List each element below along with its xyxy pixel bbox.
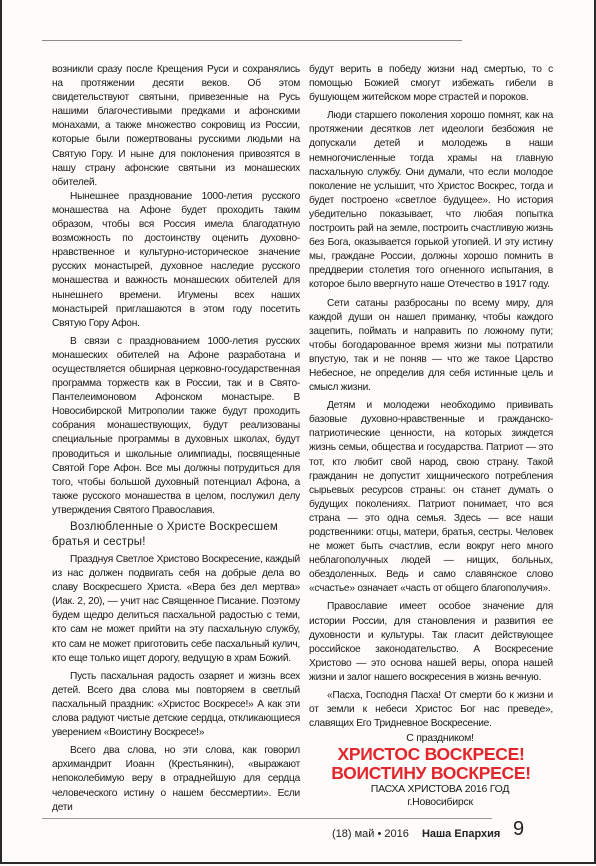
- paragraph: Детям и молодежи необходимо прививать ба…: [309, 399, 553, 596]
- paragraph: Сети сатаны разбросаны по всему миру, дл…: [309, 297, 553, 396]
- paragraph: Православие имеет особое значение для ис…: [309, 600, 553, 685]
- right-column: будут верить в победу жизни над смертью,…: [309, 63, 553, 809]
- paragraph: Пусть пасхальная радость озаряет и жизнь…: [52, 670, 300, 740]
- paragraph: «Пасха, Господня Пасха! От смерти бо к ж…: [309, 689, 553, 731]
- page-footer: (18) май • 2016 Наша Епархия: [332, 828, 500, 840]
- paragraph: Празднуя Светлое Христово Воскресение, к…: [52, 553, 300, 666]
- paragraph: возникли сразу после Крещения Руси и сох…: [52, 63, 300, 190]
- paragraph: Нынешнее празднование 1000-летия русског…: [52, 190, 300, 331]
- holiday-greeting: С праздником!: [309, 731, 553, 745]
- paragraph: В связи с празднованием 1000-летия русск…: [52, 335, 300, 518]
- paragraph: Всего два слова, но эти слова, как говор…: [52, 744, 300, 814]
- paragraph: будут верить в победу жизни над смертью,…: [309, 63, 553, 105]
- magazine-page: возникли сразу после Крещения Руси и сох…: [0, 0, 596, 864]
- left-column: возникли сразу после Крещения Руси и сох…: [52, 63, 300, 815]
- page-number: 9: [513, 818, 524, 841]
- easter-greeting-block: С праздником! ХРИСТОС ВОСКРЕСЕ! ВОИСТИНУ…: [309, 731, 553, 809]
- city-name: г.Новосибирск: [309, 796, 553, 809]
- headline-truly-risen: ВОИСТИНУ ВОСКРЕСЕ!: [309, 764, 553, 783]
- issue-date: (18) май • 2016: [332, 828, 409, 840]
- magazine-name: Наша Епархия: [422, 828, 500, 840]
- greeting-heading: Возлюбленные о Христе Воскресшем братья …: [52, 520, 300, 549]
- top-rule: [42, 40, 462, 41]
- bottom-rule: [42, 818, 492, 819]
- headline-christ-is-risen: ХРИСТОС ВОСКРЕСЕ!: [309, 745, 553, 764]
- event-title: ПАСХА ХРИСТОВА 2016 ГОД: [309, 783, 553, 796]
- paragraph: Люди старшего поколения хорошо помнят, к…: [309, 109, 553, 292]
